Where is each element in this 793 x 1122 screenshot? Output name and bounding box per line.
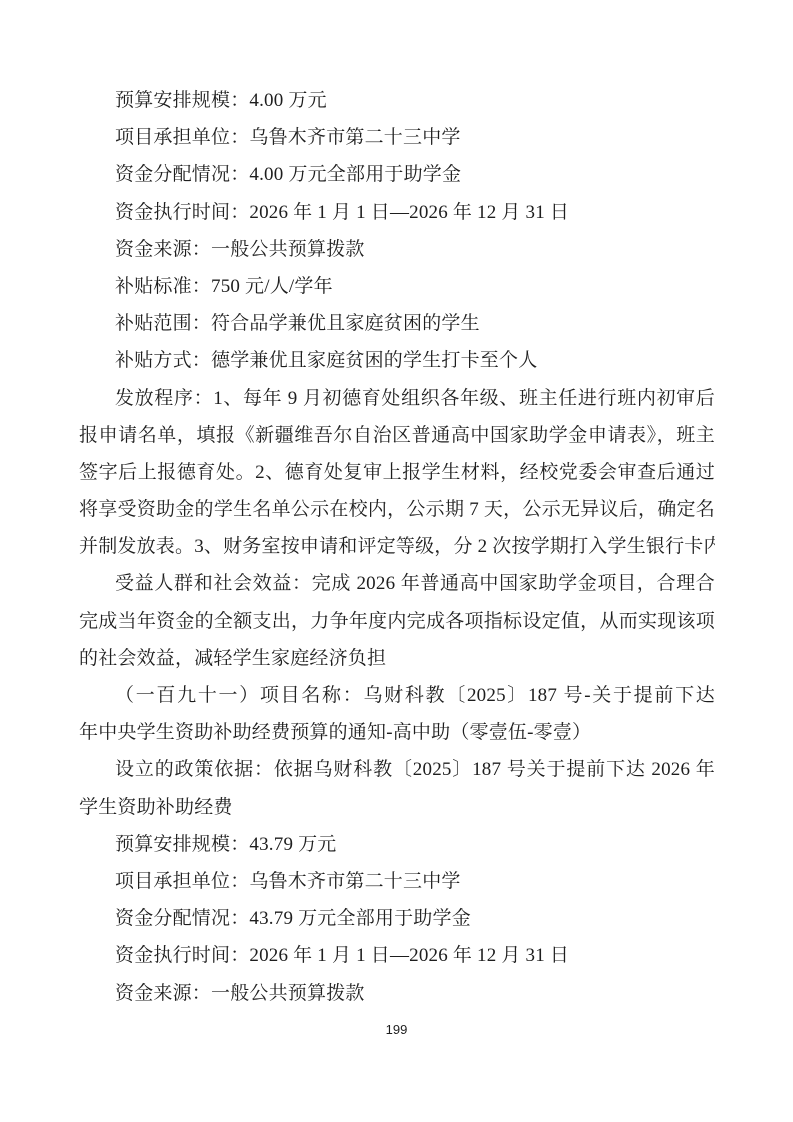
document-line: 受益人群和社会效益：完成 2026 年普通高中国家助学金项目，合理合规: [79, 565, 715, 602]
document-line: 资金分配情况：4.00 万元全部用于助学金: [79, 156, 715, 193]
document-line: 资金来源：一般公共预算拨款: [79, 231, 715, 268]
document-line: 补贴范围：符合品学兼优且家庭贫困的学生: [79, 305, 715, 342]
document-line: 资金分配情况：43.79 万元全部用于助学金: [79, 900, 715, 937]
document-line: 资金执行时间：2026 年 1 月 1 日—2026 年 12 月 31 日: [79, 937, 715, 974]
document-line: 项目承担单位：乌鲁木齐市第二十三中学: [79, 863, 715, 900]
document-line: 完成当年资金的全额支出，力争年度内完成各项指标设定值，从而实现该项目: [79, 603, 715, 640]
document-line: 将享受资助金的学生名单公示在校内，公示期 7 天，公示无异议后，确定名单: [79, 491, 715, 528]
document-line: 并制发放表。3、财务室按申请和评定等级，分 2 次按学期打入学生银行卡内: [79, 528, 715, 565]
document-line: 年中央学生资助补助经费预算的通知-高中助（零壹伍-零壹）: [79, 714, 715, 751]
document-line: 补贴标准：750 元/人/学年: [79, 268, 715, 305]
document-line: 的社会效益，减轻学生家庭经济负担: [79, 640, 715, 677]
document-line: 预算安排规模：43.79 万元: [79, 826, 715, 863]
document-line: 预算安排规模：4.00 万元: [79, 82, 715, 119]
document-line: 资金来源：一般公共预算拨款: [79, 975, 715, 1012]
document-page: 预算安排规模：4.00 万元 项目承担单位：乌鲁木齐市第二十三中学 资金分配情况…: [0, 0, 793, 1122]
document-line: 设立的政策依据：依据乌财科教〔2025〕187 号关于提前下达 2026 年中央: [79, 751, 715, 788]
document-body: 预算安排规模：4.00 万元 项目承担单位：乌鲁木齐市第二十三中学 资金分配情况…: [79, 82, 715, 1012]
document-line: 发放程序：1、每年 9 月初德育处组织各年级、班主任进行班内初审后上: [79, 380, 715, 417]
document-line: 补贴方式：德学兼优且家庭贫困的学生打卡至个人: [79, 342, 715, 379]
document-line: 报申请名单，填报《新疆维吾尔自治区普通高中国家助学金申请表》，班主任: [79, 417, 715, 454]
document-line: 项目承担单位：乌鲁木齐市第二十三中学: [79, 119, 715, 156]
document-line: 签字后上报德育处。2、德育处复审上报学生材料，经校党委会审查后通过后，: [79, 454, 715, 491]
page-number: 199: [0, 1022, 793, 1037]
document-line: 资金执行时间：2026 年 1 月 1 日—2026 年 12 月 31 日: [79, 194, 715, 231]
document-line: 学生资助补助经费: [79, 789, 715, 826]
document-line: （一百九十一）项目名称：乌财科教〔2025〕187 号-关于提前下达 2026: [79, 677, 715, 714]
